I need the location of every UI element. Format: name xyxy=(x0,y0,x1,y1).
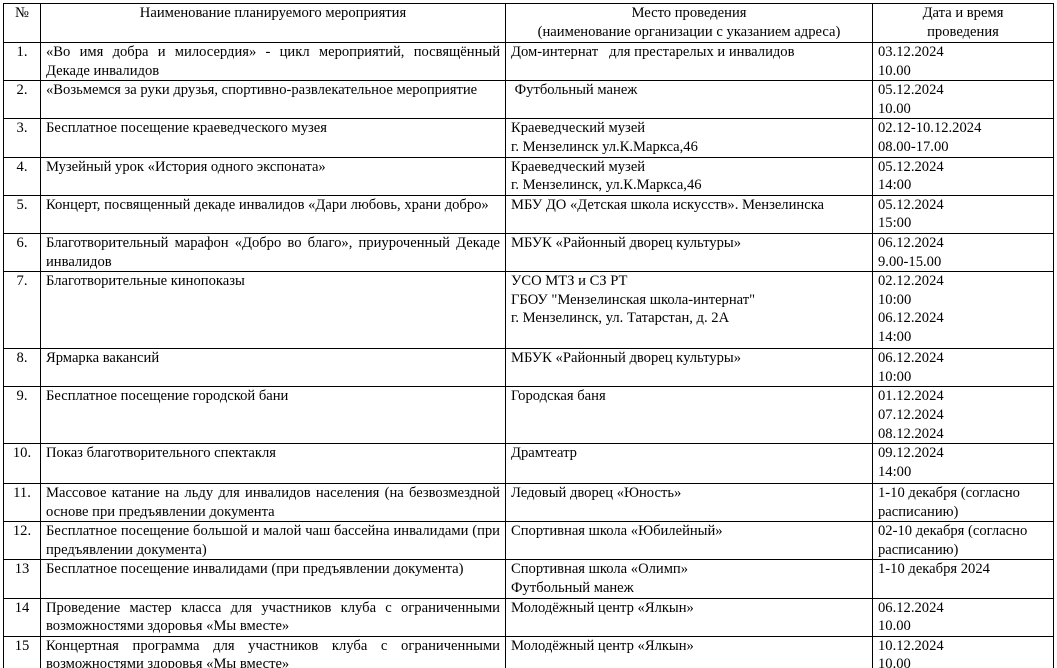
header-place-line: Место проведения xyxy=(511,4,867,23)
date-line: 10:00 xyxy=(878,368,1048,387)
event-place: МБУ ДО «Детская школа искусств». Мензели… xyxy=(506,195,873,233)
date-line: 10.00 xyxy=(878,617,1048,636)
date-line: 1-10 декабря 2024 xyxy=(878,560,1048,579)
event-name: «Возьмемся за руки друзья, спортивно-раз… xyxy=(41,81,506,119)
place-line: МБУК «Районный дворец культуры» xyxy=(511,234,867,253)
row-number: 12. xyxy=(4,522,41,560)
date-line: 10:00 xyxy=(878,291,1048,310)
date-line: 06.12.2024 xyxy=(878,234,1048,253)
place-line: МБУК «Районный дворец культуры» xyxy=(511,349,867,368)
date-line: 07.12.2024 xyxy=(878,406,1048,425)
header-place-line: (наименование организации с указанием ад… xyxy=(511,23,867,42)
header-place: Место проведения (наименование организац… xyxy=(506,4,873,43)
event-name: Благотворительные кинопоказы xyxy=(41,272,506,349)
event-name: Проведение мастер класса для участников … xyxy=(41,598,506,636)
table-row: 10.Показ благотворительного спектакляДра… xyxy=(4,444,1054,484)
event-date: 06.12.202410.00 xyxy=(873,598,1054,636)
event-place: Футбольный манеж xyxy=(506,81,873,119)
header-date-line: проведения xyxy=(878,23,1048,42)
row-number: 8. xyxy=(4,349,41,387)
date-line: 06.12.2024 xyxy=(878,309,1048,328)
place-line: Ледовый дворец «Юность» xyxy=(511,484,867,503)
header-date: Дата и время проведения xyxy=(873,4,1054,43)
date-line: 10.00 xyxy=(878,100,1048,119)
event-place: Городская баня xyxy=(506,387,873,444)
place-line: Футбольный манеж xyxy=(511,579,867,598)
date-line: 10.00 xyxy=(878,62,1048,81)
row-number: 5. xyxy=(4,195,41,233)
event-date: 01.12.202407.12.202408.12.2024 xyxy=(873,387,1054,444)
table-row: 2.«Возьмемся за руки друзья, спортивно-р… xyxy=(4,81,1054,119)
place-line: г. Мензелинск ул.К.Маркса,46 xyxy=(511,138,867,157)
date-line: 02-10 декабря (согласно расписанию) xyxy=(878,522,1048,559)
event-name: Концертная программа для участников клуб… xyxy=(41,636,506,668)
place-line: ГБОУ "Мензелинская школа-интернат" xyxy=(511,291,867,310)
event-place: МБУК «Районный дворец культуры» xyxy=(506,349,873,387)
date-line: 03.12.2024 xyxy=(878,43,1048,62)
event-name: Бесплатное посещение инвалидами (при пре… xyxy=(41,560,506,598)
place-line: Дом-интернат для престарелых и инвалидов xyxy=(511,43,867,62)
place-line: УСО МТЗ и СЗ РТ xyxy=(511,272,867,291)
date-line: 08.00-17.00 xyxy=(878,138,1048,157)
date-line: 02.12.2024 xyxy=(878,272,1048,291)
event-date: 1-10 декабря 2024 xyxy=(873,560,1054,598)
table-row: 8.Ярмарка вакансийМБУК «Районный дворец … xyxy=(4,349,1054,387)
event-name: Музейный урок «История одного экспоната» xyxy=(41,157,506,195)
date-line: 9.00-15.00 xyxy=(878,253,1048,272)
place-line: Драмтеатр xyxy=(511,444,867,463)
event-name: Благотворительный марафон «Добро во благ… xyxy=(41,233,506,271)
date-line: 14:00 xyxy=(878,328,1048,347)
event-place: УСО МТЗ и СЗ РТГБОУ "Мензелинская школа-… xyxy=(506,272,873,349)
event-date: 05.12.202410.00 xyxy=(873,81,1054,119)
date-line: 1-10 декабря (согласно расписанию) xyxy=(878,484,1048,521)
place-line: Молодёжный центр «Ялкын» xyxy=(511,637,867,656)
place-line: Краеведческий музей xyxy=(511,119,867,138)
header-num: № xyxy=(4,4,41,43)
table-row: 4.Музейный урок «История одного экспонат… xyxy=(4,157,1054,195)
date-line: 08.12.2024 xyxy=(878,425,1048,444)
header-date-line: Дата и время xyxy=(878,4,1048,23)
date-line: 06.12.2024 xyxy=(878,599,1048,618)
event-place: Краеведческий музейг. Мензелинск ул.К.Ма… xyxy=(506,119,873,157)
place-line: Молодёжный центр «Ялкын» xyxy=(511,599,867,618)
event-date: 1-10 декабря (согласно расписанию) xyxy=(873,484,1054,522)
event-place: Драмтеатр xyxy=(506,444,873,484)
table-row: 7.Благотворительные кинопоказыУСО МТЗ и … xyxy=(4,272,1054,349)
event-date: 02.12-10.12.202408.00-17.00 xyxy=(873,119,1054,157)
table-row: 9.Бесплатное посещение городской баниГор… xyxy=(4,387,1054,444)
table-row: 15Концертная программа для участников кл… xyxy=(4,636,1054,668)
events-table: № Наименование планируемого мероприятия … xyxy=(3,3,1054,668)
place-line: г. Мензелинск, ул.К.Маркса,46 xyxy=(511,176,867,195)
row-number: 9. xyxy=(4,387,41,444)
event-date: 06.12.202410:00 xyxy=(873,349,1054,387)
event-date: 06.12.20249.00-15.00 xyxy=(873,233,1054,271)
date-line: 15:00 xyxy=(878,214,1048,233)
place-line: МБУ ДО «Детская школа искусств». Мензели… xyxy=(511,196,867,215)
table-row: 12.Бесплатное посещение большой и малой … xyxy=(4,522,1054,560)
date-line: 01.12.2024 xyxy=(878,387,1048,406)
row-number: 1. xyxy=(4,43,41,81)
row-number: 13 xyxy=(4,560,41,598)
event-place: Спортивная школа «Олимп»Футбольный манеж xyxy=(506,560,873,598)
row-number: 4. xyxy=(4,157,41,195)
date-line: 06.12.2024 xyxy=(878,349,1048,368)
place-line: Спортивная школа «Олимп» xyxy=(511,560,867,579)
row-number: 14 xyxy=(4,598,41,636)
header-name: Наименование планируемого мероприятия xyxy=(41,4,506,43)
event-name: Бесплатное посещение краеведческого музе… xyxy=(41,119,506,157)
event-date: 03.12.202410.00 xyxy=(873,43,1054,81)
event-place: Молодёжный центр «Ялкын» xyxy=(506,636,873,668)
date-line: 05.12.2024 xyxy=(878,196,1048,215)
event-date: 10.12.202410.00 xyxy=(873,636,1054,668)
date-line: 09.12.2024 xyxy=(878,444,1048,463)
table-row: 6.Благотворительный марафон «Добро во бл… xyxy=(4,233,1054,271)
row-number: 11. xyxy=(4,484,41,522)
event-place: Ледовый дворец «Юность» xyxy=(506,484,873,522)
place-line: Городская баня xyxy=(511,387,867,406)
event-name: Концерт, посвященный декаде инвалидов «Д… xyxy=(41,195,506,233)
row-number: 10. xyxy=(4,444,41,484)
date-line: 02.12-10.12.2024 xyxy=(878,119,1048,138)
table-header-row: № Наименование планируемого мероприятия … xyxy=(4,4,1054,43)
table-row: 14Проведение мастер класса для участнико… xyxy=(4,598,1054,636)
event-date: 02.12.202410:0006.12.202414:00 xyxy=(873,272,1054,349)
date-line: 05.12.2024 xyxy=(878,158,1048,177)
row-number: 7. xyxy=(4,272,41,349)
event-place: МБУК «Районный дворец культуры» xyxy=(506,233,873,271)
place-line: г. Мензелинск, ул. Татарстан, д. 2А xyxy=(511,309,867,328)
place-line: Краеведческий музей xyxy=(511,158,867,177)
date-line: 10.00 xyxy=(878,655,1048,668)
place-line: Футбольный манеж xyxy=(511,81,867,100)
table-row: 11.Массовое катание на льду для инвалидо… xyxy=(4,484,1054,522)
event-name: Бесплатное посещение городской бани xyxy=(41,387,506,444)
event-date: 09.12.202414:00 xyxy=(873,444,1054,484)
event-name: Бесплатное посещение большой и малой чаш… xyxy=(41,522,506,560)
event-name: Показ благотворительного спектакля xyxy=(41,444,506,484)
table-row: 1.«Во имя добра и милосердия» - цикл мер… xyxy=(4,43,1054,81)
event-name: Ярмарка вакансий xyxy=(41,349,506,387)
event-place: Краеведческий музейг. Мензелинск, ул.К.М… xyxy=(506,157,873,195)
date-line: 05.12.2024 xyxy=(878,81,1048,100)
date-line: 14:00 xyxy=(878,176,1048,195)
table-row: 13Бесплатное посещение инвалидами (при п… xyxy=(4,560,1054,598)
row-number: 15 xyxy=(4,636,41,668)
row-number: 2. xyxy=(4,81,41,119)
event-name: «Во имя добра и милосердия» - цикл мероп… xyxy=(41,43,506,81)
event-name: Массовое катание на льду для инвалидов н… xyxy=(41,484,506,522)
event-place: Спортивная школа «Юбилейный» xyxy=(506,522,873,560)
row-number: 3. xyxy=(4,119,41,157)
row-number: 6. xyxy=(4,233,41,271)
event-date: 05.12.202415:00 xyxy=(873,195,1054,233)
event-date: 05.12.202414:00 xyxy=(873,157,1054,195)
table-row: 3.Бесплатное посещение краеведческого му… xyxy=(4,119,1054,157)
event-place: Дом-интернат для престарелых и инвалидов xyxy=(506,43,873,81)
table-row: 5.Концерт, посвященный декаде инвалидов … xyxy=(4,195,1054,233)
date-line: 14:00 xyxy=(878,463,1048,482)
date-line: 10.12.2024 xyxy=(878,637,1048,656)
table-body: 1.«Во имя добра и милосердия» - цикл мер… xyxy=(4,43,1054,668)
event-place: Молодёжный центр «Ялкын» xyxy=(506,598,873,636)
event-date: 02-10 декабря (согласно расписанию) xyxy=(873,522,1054,560)
place-line: Спортивная школа «Юбилейный» xyxy=(511,522,867,541)
